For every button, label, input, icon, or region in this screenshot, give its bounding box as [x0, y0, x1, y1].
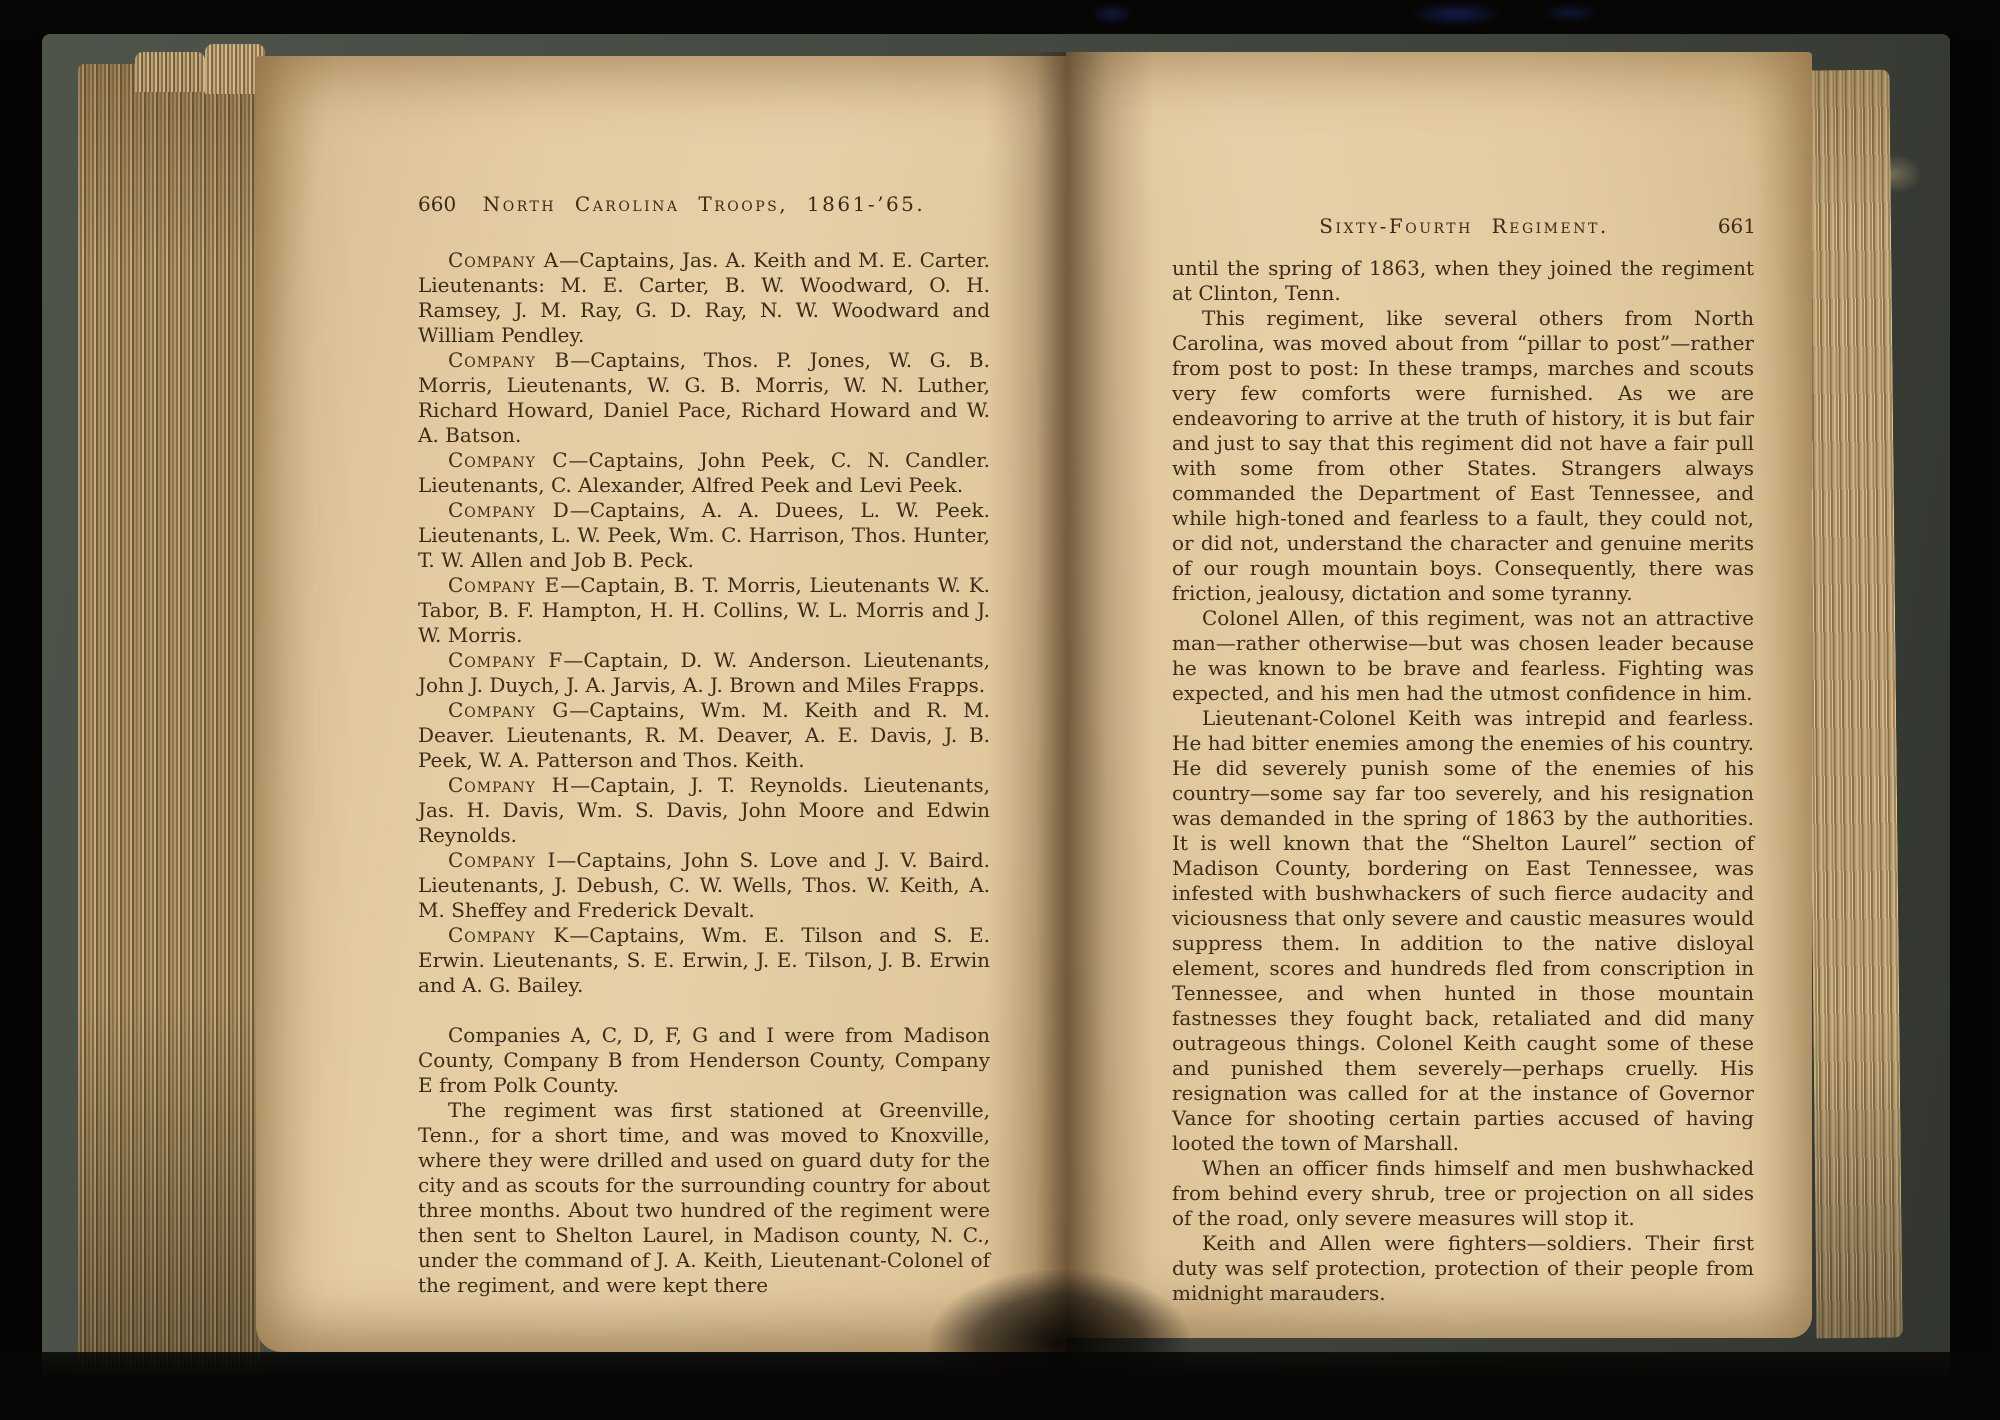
company-label: Company D [448, 498, 570, 522]
paragraph: Colonel Allen, of this regiment, was not… [1172, 606, 1754, 706]
page-left-body: Company A—Captains, Jas. A. Keith and M.… [418, 248, 990, 1298]
faint-blue-marking [1540, 4, 1600, 22]
paragraph: Company E—Captain, B. T. Morris, Lieuten… [418, 573, 990, 648]
paragraph: until the spring of 1863, when they join… [1172, 256, 1754, 306]
running-title-right: Sixty-Fourth Regiment. [1319, 214, 1608, 238]
paragraph: Company H—Captain, J. T. Reynolds. Lieut… [418, 773, 990, 848]
company-label: Company A [448, 248, 559, 272]
company-label: Company B [448, 348, 570, 372]
running-title-left: North Carolina Troops, 1861-’65. [483, 192, 926, 216]
paragraph: Companies A, C, D, F, G and I were from … [418, 1023, 990, 1098]
company-label: Company I [448, 848, 556, 872]
paragraph: The regiment was first stationed at Gree… [418, 1098, 990, 1298]
paragraph: When an officer finds himself and men bu… [1172, 1156, 1754, 1231]
faint-blue-marking [1408, 2, 1504, 26]
right-page-edges [1803, 70, 1902, 1339]
company-label: Company E [448, 573, 560, 597]
page-left-header: 660 North Carolina Troops, 1861-’65. [418, 192, 990, 216]
company-label: Company H [448, 773, 570, 797]
paragraph: Company C—Captains, John Peek, C. N. Can… [418, 448, 990, 498]
paragraph: Lieutenant-Colonel Keith was intrepid an… [1172, 706, 1754, 1156]
company-label: Company K [448, 923, 569, 947]
background-top [0, 0, 2000, 34]
page-right-body: until the spring of 1863, when they join… [1172, 256, 1754, 1306]
page-number-left: 660 [418, 192, 456, 216]
paragraph: This regiment, like several others from … [1172, 306, 1754, 606]
page-left: 660 North Carolina Troops, 1861-’65. Com… [256, 56, 1066, 1352]
page-right: Sixty-Fourth Regiment. 661 until the spr… [1066, 52, 1812, 1338]
paragraph: Company K—Captains, Wm. E. Tilson and S.… [418, 923, 990, 998]
page-right-header: Sixty-Fourth Regiment. 661 [1172, 214, 1756, 238]
paragraph: Company D—Captains, A. A. Duees, L. W. P… [418, 498, 990, 573]
faint-blue-marking [1090, 4, 1134, 24]
paragraph: Company A—Captains, Jas. A. Keith and M.… [418, 248, 990, 348]
page-number-right: 661 [1718, 214, 1756, 238]
paragraph: Company F—Captain, D. W. Anderson. Lieut… [418, 648, 990, 698]
company-label: Company C [448, 448, 569, 472]
paragraph: Company I—Captains, John S. Love and J. … [418, 848, 990, 923]
company-label: Company F [448, 648, 563, 672]
book-scan: 660 North Carolina Troops, 1861-’65. Com… [0, 0, 2000, 1420]
paragraph: Keith and Allen were fighters—soldiers. … [1172, 1231, 1754, 1306]
left-page-edges-step [135, 52, 205, 92]
company-label: Company G [448, 698, 569, 722]
paragraph: Company G—Captains, Wm. M. Keith and R. … [418, 698, 990, 773]
left-page-edges [78, 64, 262, 1398]
paragraph: Company B—Captains, Thos. P. Jones, W. G… [418, 348, 990, 448]
